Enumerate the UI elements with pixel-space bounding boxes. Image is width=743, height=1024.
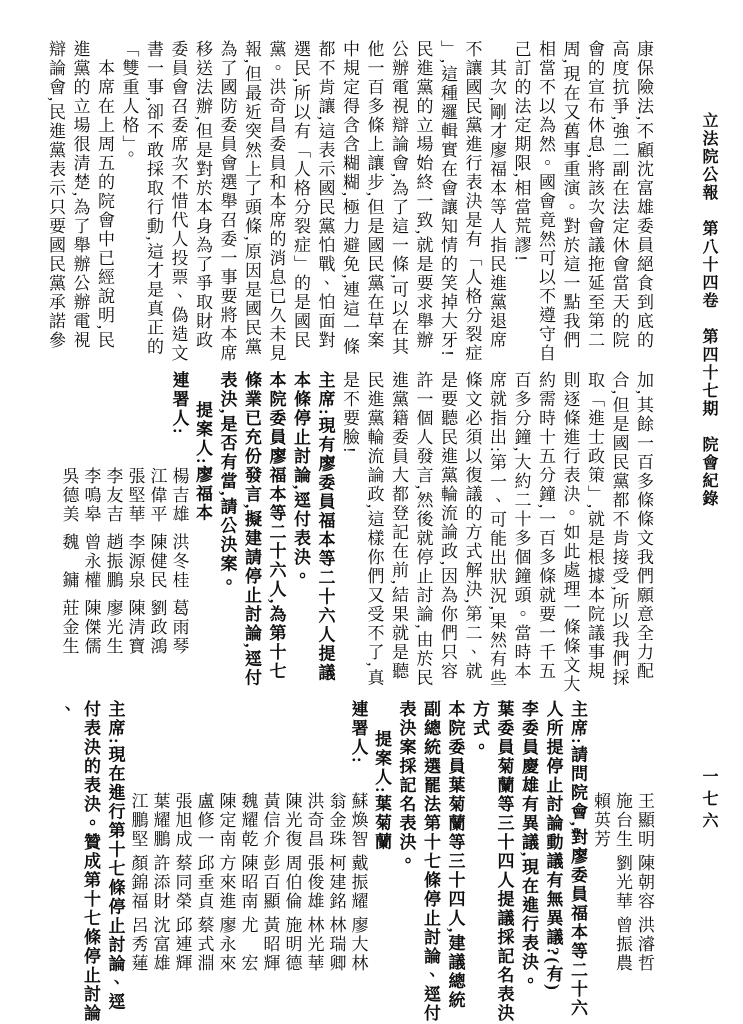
cosigner-name: 吳德美: [58, 467, 80, 533]
cosigner-column: 陳定南方來進廖永來: [215, 700, 237, 1024]
cosigner-column: 盧修一邱垂貞蔡式淵: [193, 700, 215, 1024]
motion-text: 本院委員葉菊蘭等三十四人,建議總統副總統選罷法第十七條停止討論、逕付表決案採記名…: [393, 700, 467, 1024]
cosigner-name: 洪奇昌: [303, 792, 325, 854]
cosigner-name: 李友吉: [102, 467, 124, 533]
cosigner-name: 黃信介: [259, 792, 281, 854]
cosigner-name: 廖光生: [102, 599, 124, 665]
cosigner-grid: 連署人:蘇煥智戴振耀廖大林 翁金珠柯建銘林瑞卿 洪奇昌張俊雄林光華 陳光復周伯倫…: [127, 700, 369, 1024]
cosigner-name: 魏 鏞: [58, 533, 80, 599]
cosigner-name: 陳定南: [215, 792, 237, 854]
cosigner-column: 施台生劉光華曾振農: [611, 700, 633, 1024]
speech-paragraph: 康保險法,不顧沈富雄委員絕食到底的高度抗爭,強二副在法定休會當天的院會的宣布休息…: [508, 40, 655, 366]
cosigner-column: 張堅華李源泉陳清寶: [124, 371, 146, 697]
text-band-middle: 加,其餘一百多條條文我們願意全力配合,但是國民黨都不肯接受,所以我們採取「進士政…: [58, 371, 656, 697]
cosigner-label: 連署人:: [347, 700, 369, 792]
cosigner-column: 吳德美魏 鏞莊金生: [58, 371, 80, 697]
cosigner-name: 蔡式淵: [193, 916, 215, 978]
cosigner-column: 張旭成蔡同榮邱連輝: [171, 700, 193, 1024]
cosigner-name: 洪濬哲: [633, 916, 655, 978]
cosigner-column: 李鳴皋曾永權陳傑儒: [80, 371, 102, 697]
cosigner-name: 江鵬堅: [127, 792, 149, 854]
cosigner-column: 黃信介彭百顯黃昭輝: [259, 700, 281, 1024]
cosigner-grid-continued: 王顯明陳朝容洪濬哲 施台生劉光華曾振農 賴英芳: [589, 700, 655, 1024]
cosigner-name: 邱垂貞: [193, 854, 215, 916]
cosigner-name: 李鳴皋: [80, 467, 102, 533]
cosigner-grid: 連署人:楊吉雄洪冬桂葛雨琴 江偉平陳健民劉政鴻 張堅華李源泉陳清寶 李友吉趙振鵬…: [58, 371, 190, 697]
cosigner-name: 陳光復: [281, 792, 303, 854]
cosigner-name: 施台生: [611, 792, 633, 854]
gazette-running-title: 立法院公報 第八十四卷 第四十七期 院會紀錄: [697, 112, 720, 512]
proposer-line: 提案人:廖福本: [190, 371, 215, 697]
cosigner-name: 莊金生: [58, 599, 80, 665]
cosigner-name: 廖大林: [347, 916, 369, 978]
folio-page-number: 一七六: [697, 768, 720, 858]
cosigner-name: 陳傑儒: [80, 599, 102, 665]
cosigner-name: 楊吉雄: [168, 467, 190, 533]
cosigner-name: 許添財: [149, 854, 171, 916]
cosigner-name: 林光華: [303, 916, 325, 978]
cosigner-label: 連署人:: [168, 371, 190, 467]
gazette-page: { "page": { "paper_color": "#ffffff", "i…: [0, 0, 743, 1024]
cosigner-name: 劉光華: [611, 854, 633, 916]
cosigner-name: 葛雨琴: [168, 599, 190, 665]
cosigner-name: 張旭成: [171, 792, 193, 854]
cosigner-column: 魏耀乾陳昭南尤 宏: [237, 700, 259, 1024]
cosigner-name: 江偉平: [146, 467, 168, 533]
cosigner-name: 王顯明: [633, 792, 655, 854]
cosigner-name: 魏耀乾: [237, 792, 259, 854]
cosigner-name: 呂秀蓮: [127, 916, 149, 978]
cosigner-column: 葉耀鵬許添財沈富雄: [149, 700, 171, 1024]
cosigner-column: 陳光復周伯倫施明德: [281, 700, 303, 1024]
cosigner-column: 賴英芳: [589, 700, 611, 1024]
cosigner-name: 翁金珠: [325, 792, 347, 854]
cosigner-name: 顏錦福: [127, 854, 149, 916]
cosigner-column: 江偉平陳健民劉政鴻: [146, 371, 168, 697]
cosigner-name: 陳清寶: [124, 599, 146, 665]
cosigner-name: 盧修一: [193, 792, 215, 854]
speech-paragraph: 加,其餘一百多條條文我們願意全力配合,但是國民黨都不肯接受,所以我們採取「進士政…: [337, 371, 656, 697]
cosigner-name: 尤 宏: [237, 916, 259, 978]
cosigner-name: 葉耀鵬: [149, 792, 171, 854]
cosigner-column: 翁金珠柯建銘林瑞卿: [325, 700, 347, 1024]
chair-statement: 主席:現有廖委員福本等二十六人提議本條停止討論,逕付表決。: [288, 371, 337, 697]
cosigner-column: 連署人:蘇煥智戴振耀廖大林: [347, 700, 369, 1024]
chair-statement: 李委員慶雄有異議,現在進行表決。: [516, 700, 541, 1024]
cosigner-name: 柯建銘: [325, 854, 347, 916]
cosigner-name: 賴英芳: [589, 792, 611, 854]
cosigner-name: 沈富雄: [149, 916, 171, 978]
cosigner-name: 方來進: [215, 854, 237, 916]
cosigner-name: 陳昭南: [237, 854, 259, 916]
cosigner-name: 劉政鴻: [146, 599, 168, 665]
cosigner-name: 林瑞卿: [325, 916, 347, 978]
motion-text: 本院委員廖福本等二十六人,為第十七條業已充份發言,擬建請停止討論,逕付表決,是否…: [214, 371, 288, 697]
text-band-top: 康保險法,不顧沈富雄委員絕食到底的高度抗爭,強二副在法定休會當天的院會的宣布休息…: [43, 40, 656, 366]
text-band-bottom: 王顯明陳朝容洪濬哲 施台生劉光華曾振農 賴英芳 主席:請問院會,對廖委員福本等二…: [53, 700, 655, 1024]
cosigner-name: 趙振鵬: [102, 533, 124, 599]
cosigner-name: 陳朝容: [633, 854, 655, 916]
cosigner-column: 李友吉趙振鵬廖光生: [102, 371, 124, 697]
cosigner-name: 廖永來: [215, 916, 237, 978]
cosigner-column: 王顯明陳朝容洪濬哲: [633, 700, 655, 1024]
cosigner-name: 施明德: [281, 916, 303, 978]
speech-paragraph: 本席在上周五的院會中已經說明,民進黨的立場很清楚,為了舉辦公辦電視辯論會,民進黨…: [43, 40, 117, 366]
speech-paragraph: 其次,剛才廖福本等人指民進黨退席不讓國民黨進行表決是有「人格分裂症」,這種邏輯實…: [116, 40, 508, 366]
cosigner-name: 曾永權: [80, 533, 102, 599]
chair-statement: 主席:請問院會,對廖委員福本等二十六人所提停止討論動議有無異議?(有): [540, 700, 589, 1024]
chair-statement: 葉委員菊蘭等三十四人提議採記名表決方式。: [467, 700, 516, 1024]
cosigner-name: 張堅華: [124, 467, 146, 533]
cosigner-name: 陳健民: [146, 533, 168, 599]
cosigner-name: 蔡同榮: [171, 854, 193, 916]
cosigner-column: 連署人:楊吉雄洪冬桂葛雨琴: [168, 371, 190, 697]
cosigner-name: 周伯倫: [281, 854, 303, 916]
cosigner-name: 邱連輝: [171, 916, 193, 978]
cosigner-name: 黃昭輝: [259, 916, 281, 978]
cosigner-name: 彭百顯: [259, 854, 281, 916]
cosigner-name: 戴振耀: [347, 854, 369, 916]
cosigner-column: 洪奇昌張俊雄林光華: [303, 700, 325, 1024]
cosigner-name: 李源泉: [124, 533, 146, 599]
cosigner-name: 蘇煥智: [347, 792, 369, 854]
proposer-line: 提案人:葉菊蘭: [369, 700, 394, 1024]
cosigner-name: 洪冬桂: [168, 533, 190, 599]
cosigner-name: 張俊雄: [303, 854, 325, 916]
cosigner-column: 江鵬堅顏錦福呂秀蓮: [127, 700, 149, 1024]
cosigner-name: 曾振農: [611, 916, 633, 978]
chair-statement: 主席:現在進行第十七條停止討論、逕付表決的表決。贊成第十七條停止討論、: [53, 700, 127, 1024]
